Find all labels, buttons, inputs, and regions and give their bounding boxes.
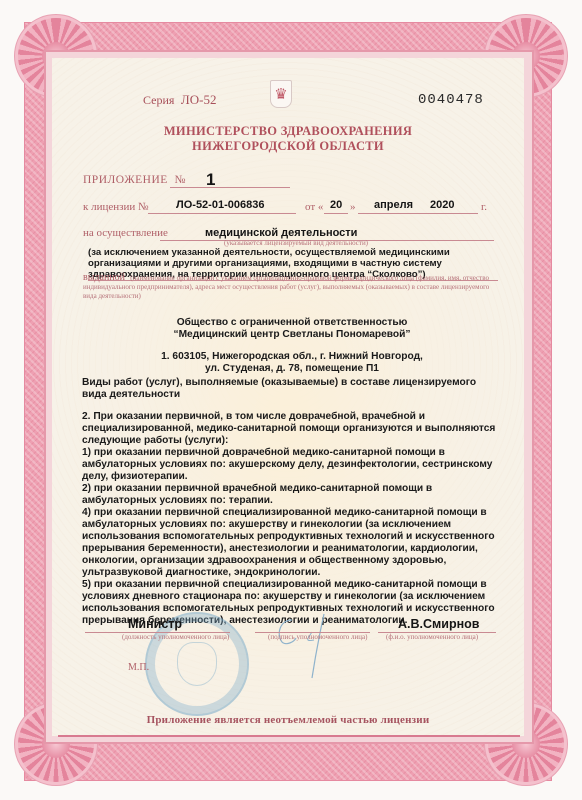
works-paragraph: 2) при оказании первичной врачебной меди… <box>82 483 502 507</box>
issuer-line-2: НИЖЕГОРОДСКОЙ ОБЛАСТИ <box>52 139 524 154</box>
license-from-label: от « <box>305 201 323 213</box>
works-list: 2. При оказании первичной, в том числе д… <box>82 411 502 627</box>
annex-label-text: ПРИЛОЖЕНИЕ <box>83 174 168 186</box>
works-paragraph: 1) при оказании первичной доврачебной ме… <box>82 447 502 483</box>
license-day-line <box>324 213 348 214</box>
license-month: апреля <box>374 199 413 211</box>
issued-to-label: выданной <box>83 272 125 283</box>
annex-number-sign: № <box>175 174 186 186</box>
annex-label: ПРИЛОЖЕНИЕ № <box>83 174 186 186</box>
signatory-position: Министр <box>128 617 182 631</box>
signature-hint: (подпись уполномоченного лица) <box>268 633 367 642</box>
form-number: 0040478 <box>418 92 484 108</box>
works-heading: Виды работ (услуг), выполняемые (оказыва… <box>82 377 502 401</box>
org-address-line-1: 1. 603105, Нижегородская обл., г. Нижний… <box>82 351 502 363</box>
name-hint: (ф.и.о. уполномоченного лица) <box>386 633 478 642</box>
org-name-line-2: “Медицинский центр Светланы Пономаревой” <box>82 329 502 341</box>
license-annex-document: Серия ЛО-52 ♛ 0040478 МИНИСТЕРСТВО ЗДРАВ… <box>0 0 582 800</box>
works-paragraph: 2. При оказании первичной, в том числе д… <box>82 411 502 447</box>
license-number-sign: № <box>138 201 149 213</box>
series-value: ЛО-52 <box>181 92 217 107</box>
annex-number: 1 <box>206 170 215 190</box>
seal-label: М.П. <box>128 662 149 673</box>
issued-to-block: выданной (наименование организации с ука… <box>83 273 497 301</box>
series-label: Серия <box>143 93 174 107</box>
license-day: 20 <box>330 199 342 211</box>
signatory-name: А.В.Смирнов <box>398 617 479 631</box>
activity-label: на осуществление <box>83 227 168 239</box>
coat-of-arms-icon: ♛ <box>270 80 292 108</box>
issuer-line-1: МИНИСТЕРСТВО ЗДРАВООХРАНЕНИЯ <box>52 124 524 139</box>
license-label-text: к лицензии <box>83 201 135 213</box>
bottom-rule <box>58 735 520 737</box>
license-year-suffix: г. <box>481 201 487 213</box>
license-year: 2020 <box>430 199 454 211</box>
org-address-line-2: ул. Студеная, д. 78, помещение П1 <box>82 363 502 375</box>
signature-icon <box>262 612 342 682</box>
license-number-line <box>148 213 296 214</box>
activity-value: медицинской деятельности <box>205 227 357 239</box>
license-day-close: » <box>350 201 356 213</box>
works-paragraph: 4) при оказании первичной специализирова… <box>82 507 502 579</box>
issued-to-hint: (наименование организации с указанием ор… <box>83 274 489 300</box>
license-label: к лицензии № <box>83 201 149 213</box>
license-number: ЛО-52-01-006836 <box>176 199 264 211</box>
org-name-line-1: Общество с ограниченной ответственностью <box>82 317 502 329</box>
annex-number-line <box>170 187 290 188</box>
series: Серия ЛО-52 <box>143 92 216 108</box>
footer-note: Приложение является неотъемлемой частью … <box>52 714 524 726</box>
license-date-line <box>358 213 478 214</box>
position-hint: (должность уполномоченного лица) <box>122 633 229 642</box>
